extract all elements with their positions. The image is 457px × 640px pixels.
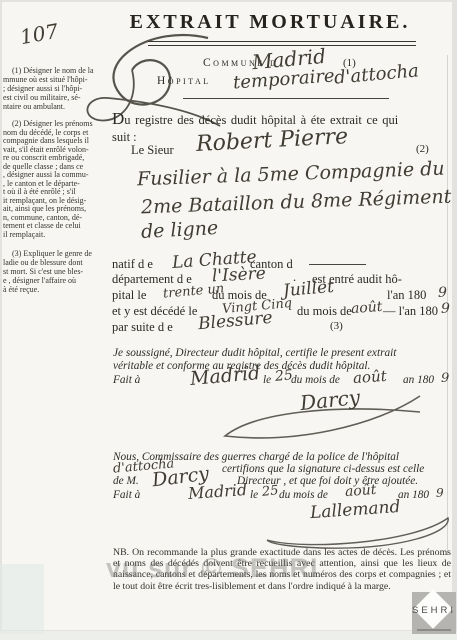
death-year: 9 xyxy=(441,301,450,317)
footnote-ref-3: (3) xyxy=(330,320,343,332)
attestation-month: août xyxy=(344,482,376,500)
entry-year: 9 xyxy=(438,285,447,301)
sieur-label: Le Sieur xyxy=(131,143,174,158)
cert-year: 9 xyxy=(441,371,449,386)
drop-cap: D xyxy=(112,109,124,128)
unit-line-3: de ligne xyxy=(140,217,218,243)
director-signature-flourish xyxy=(215,392,430,442)
logo-letters: SEHRI xyxy=(412,605,456,616)
logo-caption-bar xyxy=(417,629,451,632)
suite-label: par suite d e xyxy=(112,320,173,335)
cert-fait-label: Fait à xyxy=(113,374,140,386)
attestation-fait-label: Fait à xyxy=(113,489,140,501)
attestation-le-label: le xyxy=(250,489,258,501)
du-mois-2: du mois de xyxy=(297,304,352,319)
header-divider xyxy=(183,98,389,99)
death-month: août xyxy=(350,299,382,317)
deces-label: et y est décédé le xyxy=(112,304,197,319)
an-label-1: l'an 180 xyxy=(387,288,426,303)
cert-le-label: le xyxy=(263,374,271,386)
scan-corner-tint xyxy=(0,564,44,634)
an-label-2: — l'an 180 xyxy=(383,304,438,319)
pital-label: pital le xyxy=(112,288,146,303)
margin-note-1: (1) Désigner le nom de la mmune où est s… xyxy=(3,66,137,111)
hopital-label: Hôpital xyxy=(157,75,211,87)
natif-label: natif d e xyxy=(112,257,153,272)
cert-an-label: an 180 xyxy=(403,374,434,386)
attestation-line-2: certifions que la signature ci-dessus es… xyxy=(222,463,424,475)
scan-bottom-edge xyxy=(0,631,457,640)
intro-line: Du registre des décès dudit hôpital à ét… xyxy=(112,109,398,129)
attestation-m-label: de M. xyxy=(113,475,139,487)
canton-blank-line xyxy=(309,264,366,265)
cert-du-mois: du mois de xyxy=(291,374,340,386)
scanned-document: 107 EXTRAIT MORTUAIRE. Commune d Madrid … xyxy=(0,0,457,640)
document-title: EXTRAIT MORTUAIRE. xyxy=(120,11,420,34)
attestation-du-mois: du mois de xyxy=(279,489,328,501)
attestation-an-label: an 180 xyxy=(398,489,429,501)
certification-line-1: Je soussigné, Directeur dudit hôpital, c… xyxy=(113,347,396,359)
sehri-logo: SEHRI xyxy=(412,592,456,634)
watermark: vu sur © SEHRI xyxy=(106,553,318,584)
attestation-year: 9 xyxy=(436,486,444,500)
attestation-day: 25 xyxy=(261,483,279,500)
footnote-ref-2: (2) xyxy=(416,143,429,155)
commissaire-signature-flourish xyxy=(262,510,457,552)
